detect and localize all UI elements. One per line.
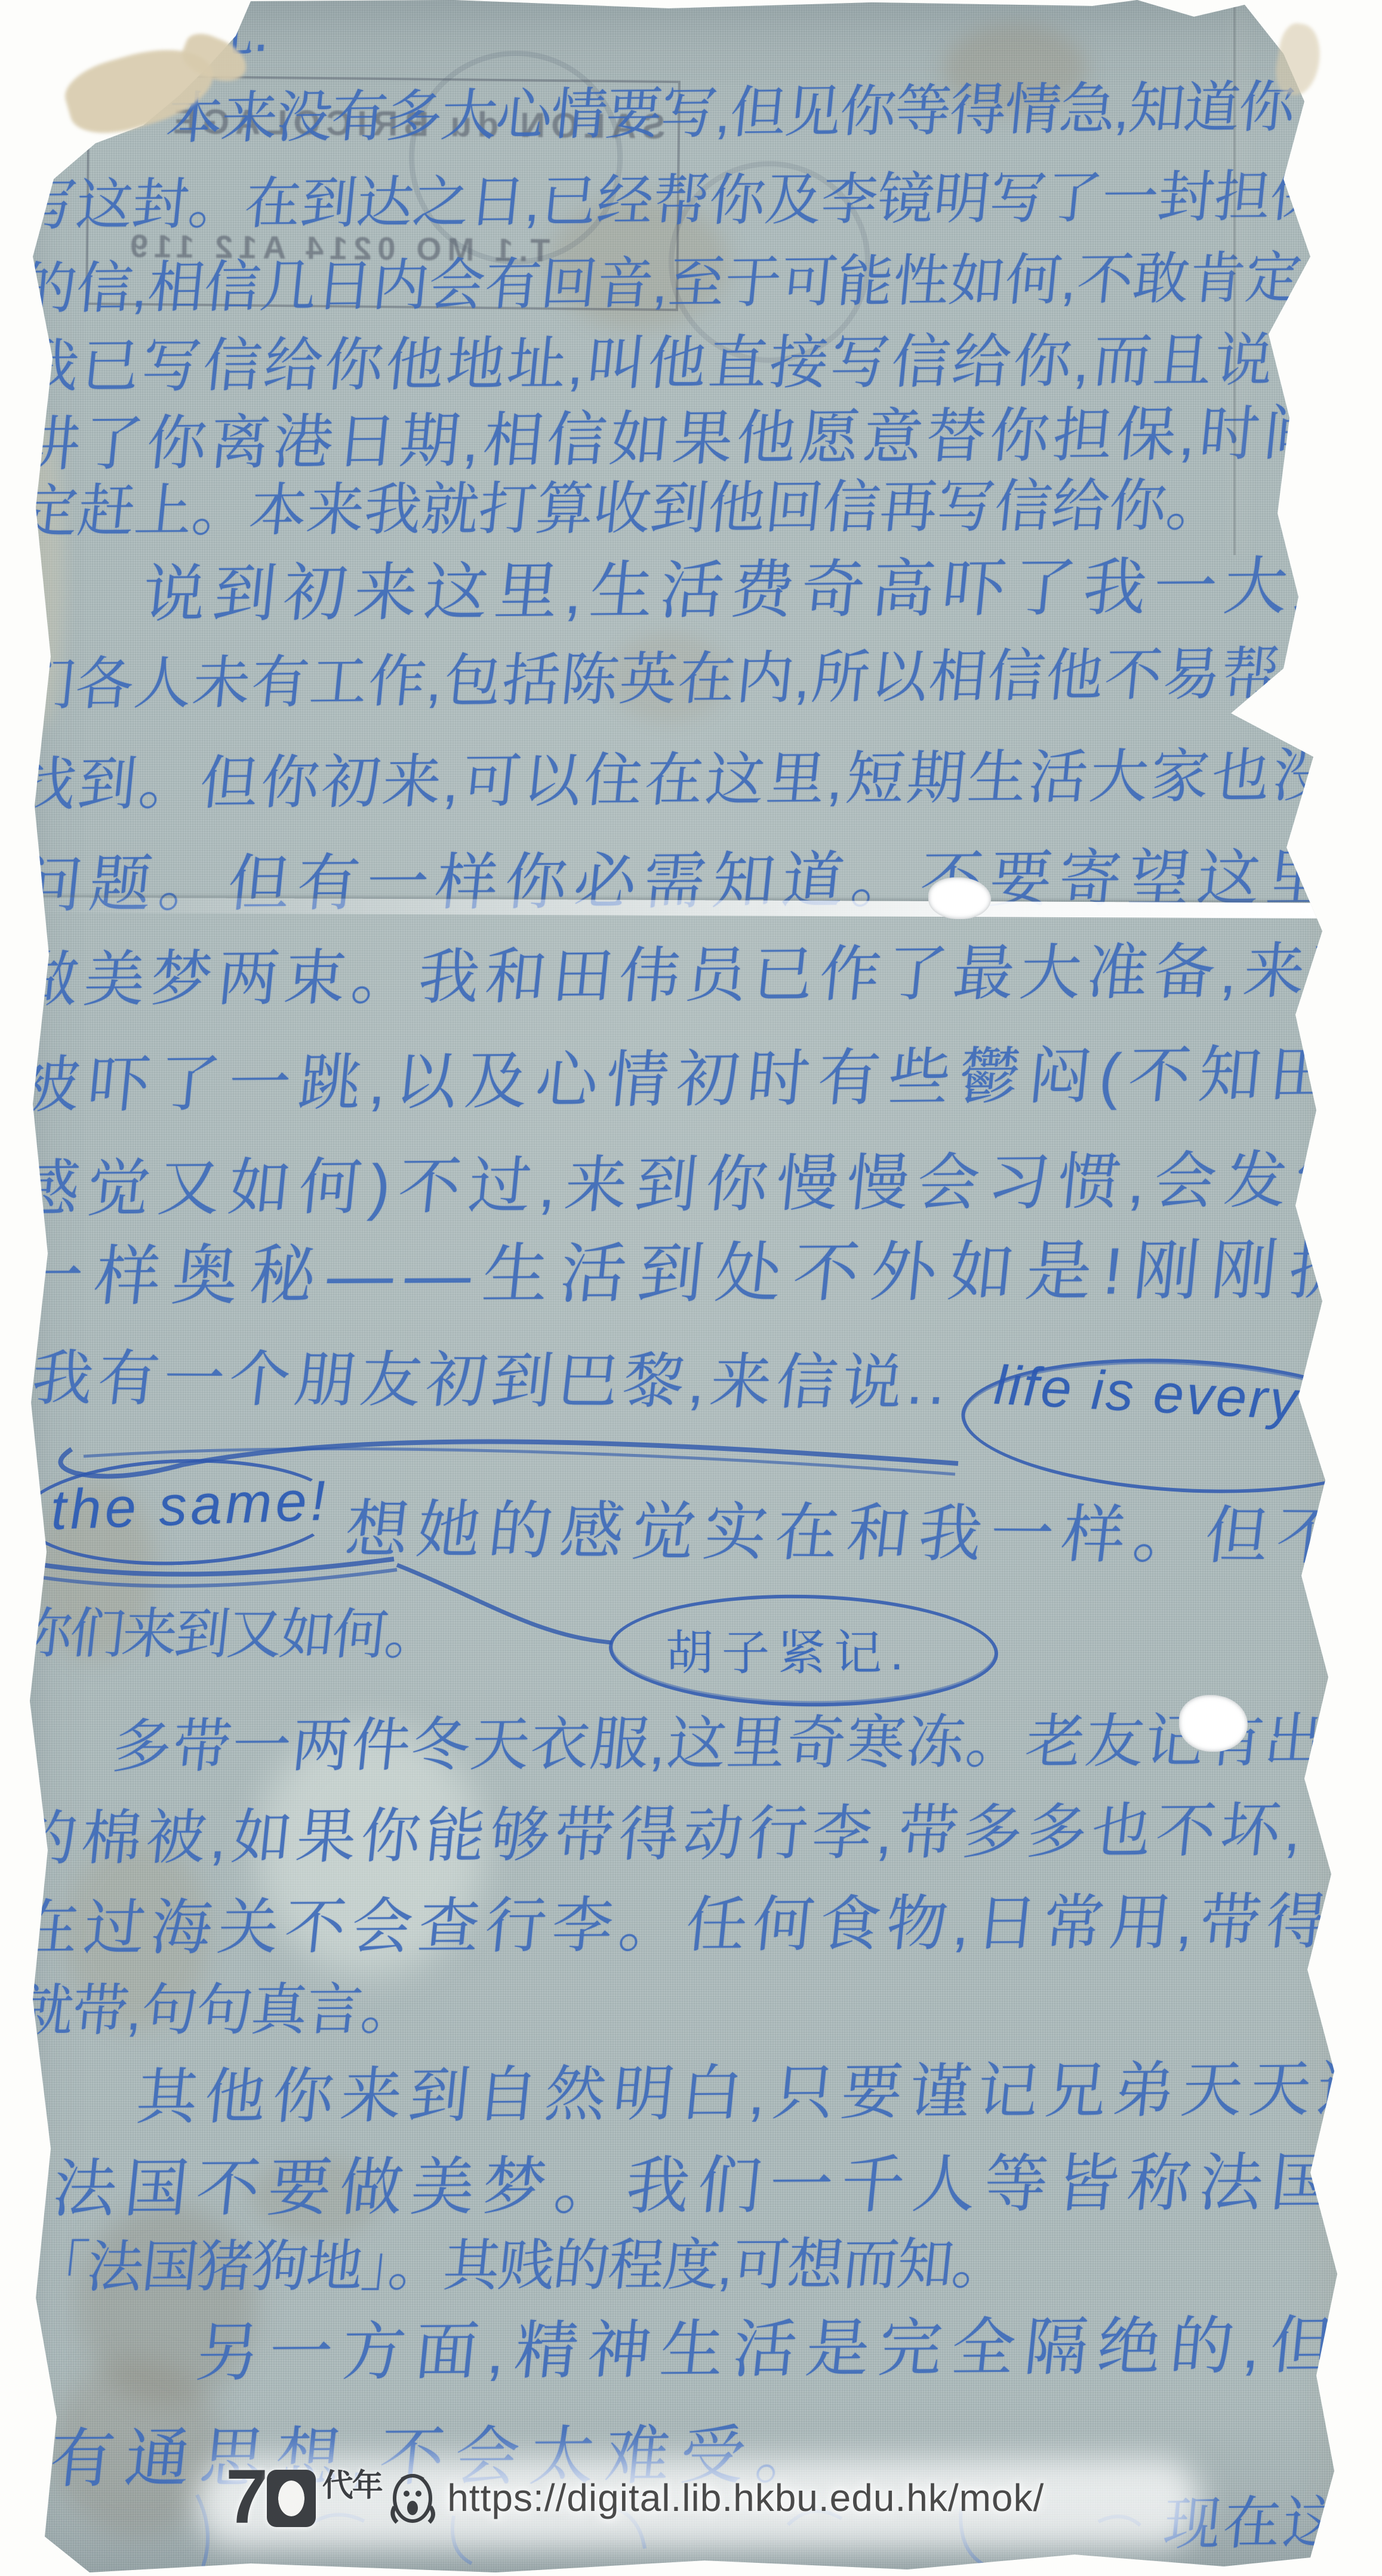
handwriting-line: 「法国猪狗地」。其贱的程度,可想而知。 — [29, 2218, 1012, 2303]
handwriting-line: 定赶上。本来我就打算收到他回信再写信给你。 — [17, 460, 1229, 548]
same-circle-ellipse — [19, 1454, 340, 1570]
handwriting-line: 其他你来到自然明白,只要谨记兄弟天天远, — [133, 2040, 1382, 2136]
watermark-logo-zero — [267, 2470, 316, 2527]
red-fleck — [4, 962, 13, 976]
handwriting-line: 的棉被,如果你能够带得动行李,带多多也不坏, — [14, 1782, 1311, 1876]
tape-fragment — [1272, 21, 1325, 98]
handwriting-line: 被吓了一跳,以及心情初时有些鬱闷(不知田的 — [14, 1023, 1382, 1124]
paper-sheet: SALON du BRICOLAGE T.1 MO 0214 A12 119 九… — [0, 0, 1382, 2576]
paper-hole — [1179, 1695, 1248, 1752]
watermark-bar: 7 年代 https://digital.lib.hkbu.edu.hk/mok… — [226, 2470, 1044, 2529]
reminder-circle-ellipse — [608, 1591, 999, 1709]
handwriting-line: 一样奥秘——生活到处不外如是!刚刚提起 — [13, 1216, 1382, 1318]
paper-hole — [928, 877, 991, 919]
red-fleck — [7, 991, 13, 999]
handwriting-line: 另一方面,精神生活是完全隔绝的,但如果 — [193, 2294, 1382, 2393]
same-underline-2 — [30, 1570, 397, 1586]
handwriting-line: 在过海关不会查行李。任何食物,日常用,带得 — [14, 1873, 1338, 1967]
handwriting-line: 的信,相信几日内会有回音,至于可能性如何,不敢肯定。 — [17, 232, 1362, 324]
scream-face-logo — [384, 2471, 439, 2528]
watermark-logo-era: 年代 — [319, 2469, 379, 2529]
handwriting-line: 做美梦两束。我和田伟员已作了最大准备,来到 — [14, 922, 1382, 1019]
handwriting-line: 找到。但你初来,可以住在这里,短期生活大家也没 — [14, 729, 1338, 822]
handwriting-line: 们各人未有工作,包括陈英在内,所以相信他不易帮 — [14, 628, 1284, 721]
handwriting-line: 法国不要做美梦。我们一千人等皆称法国为 — [49, 2131, 1382, 2229]
handwriting-line: 写这封。在到达之日,已经帮你及李镜明写了一封担保书 — [17, 150, 1382, 241]
watermark-logo-70: 7 — [226, 2470, 264, 2525]
handwriting-line: 想她的感觉实在和我一样。但不知 — [341, 1479, 1382, 1577]
handwriting-line: 感觉又如何)不过,来到你慢慢会习惯,会发觉 — [14, 1129, 1371, 1228]
top-right-fold-line — [1233, 0, 1236, 555]
scanned-letter-page: SALON du BRICOLAGE T.1 MO 0214 A12 119 九… — [0, 0, 1382, 2576]
handwriting-line: 就带,句句真言。 — [14, 1964, 421, 2046]
handwriting-line: 你们来到又如何。 — [14, 1589, 442, 1669]
watermark-url: https://digital.lib.hkbu.edu.hk/mok/ — [447, 2476, 1044, 2520]
handwriting-line: 说到初来这里,生活费奇高吓了我一大跳,我 — [139, 535, 1382, 635]
handwriting-line: 本来没有多大心情要写,但见你等得情急,知道你 — [164, 61, 1298, 154]
handwriting-line: 我有一个朋友初到巴黎,来信说.. — [28, 1330, 956, 1422]
